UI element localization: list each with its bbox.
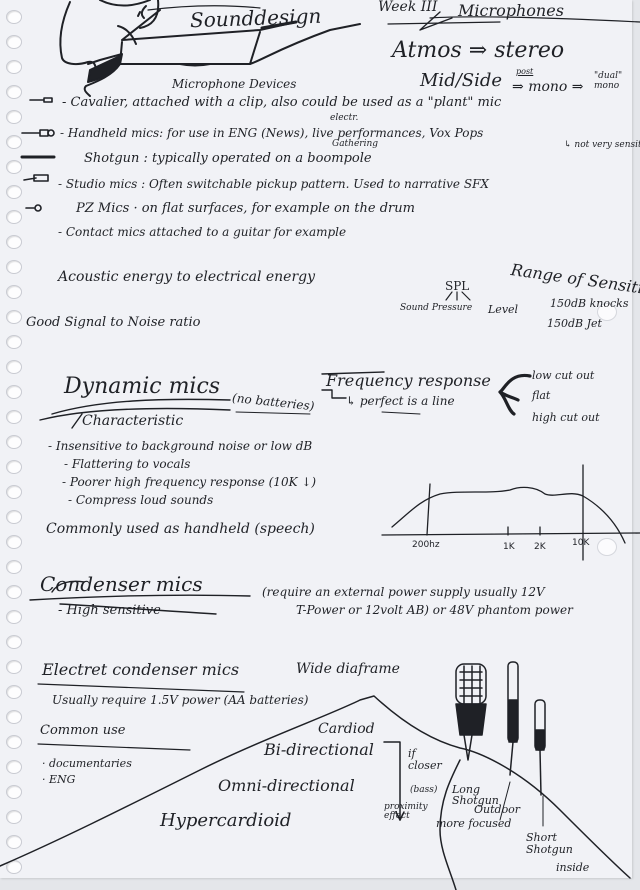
mono-label: ⇒ mono ⇒ [512,80,584,94]
proximity-effect-note: proximity effect [384,803,428,821]
short-shotgun-label: Short Shotgun [526,832,573,856]
arrow-right-icon: ⇒ [572,79,584,95]
energy-note: Acoustic energy to electrical energy [58,270,315,284]
binding-hole [6,585,22,599]
spl-sound: Sound [400,303,429,313]
mic-type-pz: PZ Mics · on flat surfaces, for example … [76,202,415,215]
bass-note: (bass) [410,786,437,795]
spl-level: Level [488,304,518,315]
binding-hole [6,335,22,349]
shotgun-text: Shotgun [526,844,573,856]
sensitivity-line-2: 150dB Jet [547,318,602,329]
binding-hole [6,385,22,399]
electret-power: Usually require 1.5V power (AA batteries… [52,694,308,706]
binding-hole [6,360,22,374]
chart-tick-label: 1K [503,542,515,552]
mic-type-contact: - Contact mics attached to a guitar for … [58,226,346,238]
condenser-power-1: (require an external power supply usuall… [262,586,545,598]
pattern-omnidirectional: Omni-directional [218,778,355,794]
wide-diaphragm-label: Wide diaframe [296,662,400,676]
binding-hole [6,485,22,499]
binding-hole [6,210,22,224]
binding-hole [6,110,22,124]
binding-hole [6,610,22,624]
binding-hole [6,560,22,574]
spl-sound-pressure: Sound Pressure [400,304,472,313]
binding-hole [6,185,22,199]
condenser-power-2: T-Power or 12volt AB) or 48V phantom pow… [296,604,573,616]
punch-hole [597,538,617,556]
mono-text: mono [528,79,567,95]
pattern-cardiod: Cardiod [318,722,375,736]
binding-hole [6,310,22,324]
midside-text: Mid/Side [420,70,502,91]
binding-hole [6,135,22,149]
dynamic-item: - Flattering to vocals [64,458,190,470]
common-use-item: · documentaries [42,758,132,769]
mic-type-handheld-note-below: Gathering [332,140,378,149]
atmos-label: Atmos ⇒ stereo [392,40,564,62]
binding-hole [6,85,22,99]
pattern-bidirectional: Bi-directional [264,742,374,758]
binding-hole [6,810,22,824]
frequency-option: flat [532,390,550,401]
dynamic-item: - Compress loud sounds [68,494,213,506]
chart-tick-label: 10K [572,538,589,548]
atmos-text: Atmos [392,38,462,63]
mic-type-handheld: - Handheld mics: for use in ENG (News), … [60,127,483,139]
binding-hole [6,435,22,449]
dynamic-item: - Poorer high frequency response (10K ↓) [62,476,316,488]
binding-hole [6,60,22,74]
frequency-option: high cut out [532,412,600,423]
mic-type-studio: - Studio mics : Often switchable pickup … [58,178,489,190]
arrow-right-icon: ⇒ [512,79,524,95]
binding-hole [6,785,22,799]
frequency-title: Frequency response [326,373,491,389]
snr-note: Good Signal to Noise ratio [26,316,201,329]
binding-hole [6,735,22,749]
box-caption: Microphone Devices [172,78,296,90]
condenser-title: Condenser mics [40,574,203,594]
binding-hole [6,660,22,674]
week-label: Week III [378,0,437,14]
frequency-perfect: ↳ perfect is a line [346,395,455,407]
binding-hole [6,685,22,699]
binding-hole [6,860,22,874]
page-title: Sounddesign [190,6,322,31]
dynamic-usage: Commonly used as handheld (speech) [46,522,315,536]
closer-text: closer [408,760,442,772]
mic-type-handheld-note-right: ↳ not very sensitive [564,141,640,150]
condenser-item: - High sensitive [58,604,161,617]
spiral-binding [0,0,24,890]
binding-hole [6,35,22,49]
mic-type-shotgun: Shotgun : typically operated on a boompo… [84,152,372,165]
binding-hole [6,285,22,299]
binding-hole [6,160,22,174]
binding-hole [6,710,22,724]
chart-tick-label: 2K [534,542,546,552]
binding-hole [6,260,22,274]
frequency-option: low cut out [532,370,594,381]
binding-hole [6,410,22,424]
mic-type-lavalier: - Cavalier, attached with a clip, also c… [62,96,501,109]
outdoor-label: Outdoor [474,804,520,815]
post-label: post [516,68,533,76]
effect-text: effect [384,812,428,821]
binding-hole [6,635,22,649]
chart-tick-label: 200hz [412,540,440,550]
dynamic-item: - Insensitive to background noise or low… [48,440,312,452]
binding-hole [6,10,22,24]
pattern-hypercardioid: Hypercardioid [160,812,291,830]
dynamic-characteristic: Characteristic [82,414,183,428]
binding-hole [6,235,22,249]
binding-hole [6,535,22,549]
sensitivity-line-1: 150dB knocks [550,298,628,309]
if-closer-note: if closer [408,748,442,772]
mic-type-handheld-note-above: electr. [330,114,358,123]
dynamic-title: Dynamic mics [64,376,220,398]
binding-hole [6,760,22,774]
mono-text: mono [594,82,622,92]
arrow-right-icon: ⇒ [469,38,487,63]
topic-label: Microphones [458,3,564,19]
spl-title: SPL [445,280,469,292]
common-use-title: Common use [40,724,126,737]
binding-hole [6,460,22,474]
midside-label: Mid/Side [420,72,502,90]
inside-label: inside [556,862,589,873]
dual-mono-label: "dual" mono [594,72,622,92]
binding-hole [6,510,22,524]
more-focused-label: more focused [436,818,511,829]
binding-hole [6,835,22,849]
common-use-item: · ENG [42,774,75,785]
stereo-text: stereo [494,38,564,63]
spl-pressure: Pressure [432,303,472,313]
electret-title: Electret condenser mics [42,662,239,678]
